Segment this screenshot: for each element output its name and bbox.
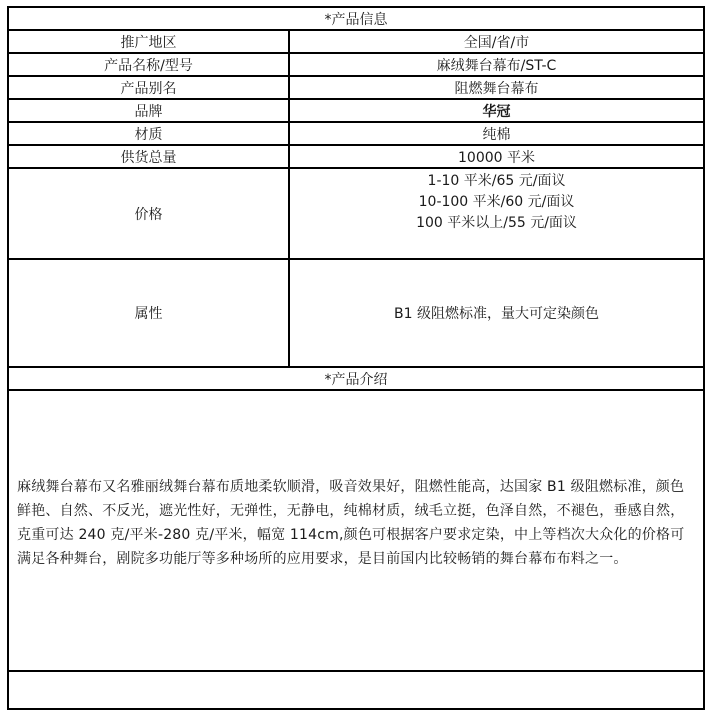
table-row: 产品名称/型号 麻绒舞台幕布/ST-C <box>9 54 703 77</box>
brand-label: 品牌 <box>9 100 290 121</box>
price-values: 1-10 平米/65 元/面议 10-100 平米/60 元/面议 100 平米… <box>290 169 703 258</box>
material-value: 纯棉 <box>290 123 703 144</box>
alias-value: 阻燃舞台幕布 <box>290 77 703 98</box>
product-intro-row: 麻绒舞台幕布又名雅丽绒舞台幕布质地柔软顺滑，吸音效果好，阻燃性能高，达国家 B1… <box>9 391 703 672</box>
table-row: 材质 纯棉 <box>9 123 703 146</box>
attributes-label: 属性 <box>9 260 290 366</box>
price-tier-2: 10-100 平米/60 元/面议 <box>419 192 575 213</box>
product-name-label: 产品名称/型号 <box>9 54 290 75</box>
attributes-row: 属性 B1 级阻燃标准，量大可定染颜色 <box>9 260 703 368</box>
price-tier-1: 1-10 平米/65 元/面议 <box>428 171 566 192</box>
table-row: 品牌 华冠 <box>9 100 703 123</box>
supply-label: 供货总量 <box>9 146 290 167</box>
product-name-value: 麻绒舞台幕布/ST-C <box>290 54 703 75</box>
alias-label: 产品别名 <box>9 77 290 98</box>
material-label: 材质 <box>9 123 290 144</box>
table-row: 推广地区 全国/省/市 <box>9 31 703 54</box>
product-info-header: *产品信息 <box>9 8 703 29</box>
product-intro-header-row: *产品介绍 <box>9 368 703 391</box>
region-value: 全国/省/市 <box>290 31 703 52</box>
brand-value: 华冠 <box>290 100 703 121</box>
attributes-value: B1 级阻燃标准，量大可定染颜色 <box>290 260 703 366</box>
table-row: 供货总量 10000 平米 <box>9 146 703 169</box>
product-info-header-row: *产品信息 <box>9 8 703 31</box>
supply-value: 10000 平米 <box>290 146 703 167</box>
price-row: 价格 1-10 平米/65 元/面议 10-100 平米/60 元/面议 100… <box>9 169 703 260</box>
product-intro-header: *产品介绍 <box>9 368 703 389</box>
empty-footer-row <box>9 672 703 708</box>
price-label: 价格 <box>9 169 290 258</box>
price-tier-3: 100 平米以上/55 元/面议 <box>416 213 577 234</box>
product-info-table: *产品信息 推广地区 全国/省/市 产品名称/型号 麻绒舞台幕布/ST-C 产品… <box>7 6 705 710</box>
product-intro-text: 麻绒舞台幕布又名雅丽绒舞台幕布质地柔软顺滑，吸音效果好，阻燃性能高，达国家 B1… <box>17 475 695 571</box>
region-label: 推广地区 <box>9 31 290 52</box>
table-row: 产品别名 阻燃舞台幕布 <box>9 77 703 100</box>
